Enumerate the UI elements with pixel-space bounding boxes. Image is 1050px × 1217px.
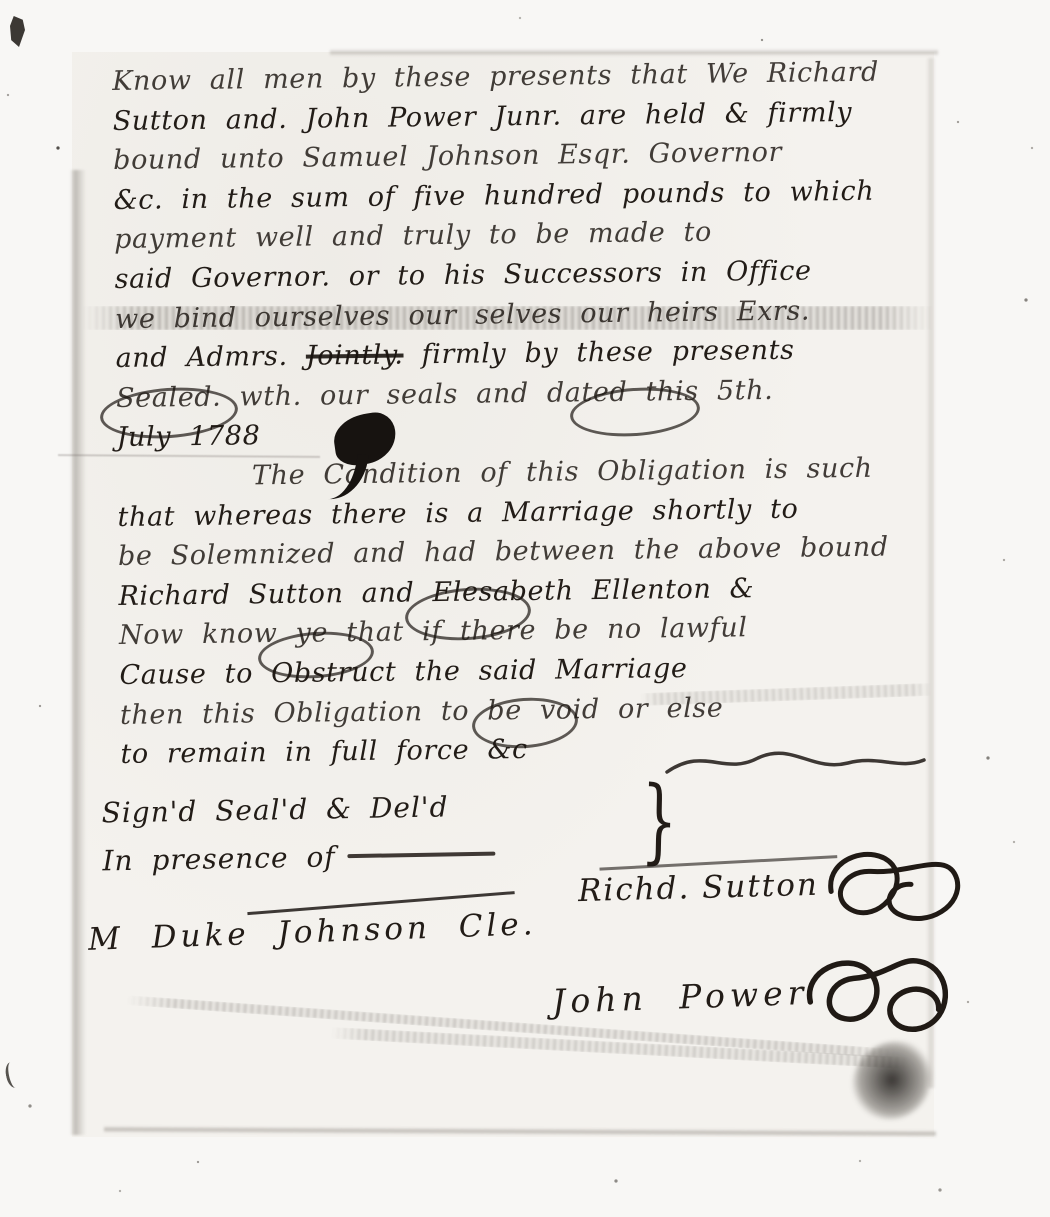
signed-sealed-line: Sign'd Seal'd & Del'd xyxy=(101,783,495,838)
signature-richard-sutton: Richd. Sutton xyxy=(577,833,967,939)
line-segment: and Admrs. xyxy=(115,341,306,374)
signature-name: John Power xyxy=(551,972,809,1020)
pen-flourish-icon xyxy=(662,740,930,782)
seal-flourish-icon xyxy=(800,833,967,933)
in-presence-text: In presence of xyxy=(102,840,336,877)
struck-word: Jointly. xyxy=(306,340,404,372)
signature-name: Richd. Sutton xyxy=(578,867,820,909)
pen-flourish xyxy=(348,852,496,859)
signature-john-power: John Power xyxy=(550,937,950,1051)
margin-pen-mark xyxy=(3,1061,22,1089)
attestation-block: Sign'd Seal'd & Del'd In presence of xyxy=(101,783,496,886)
corner-ink-mark xyxy=(10,16,25,47)
in-presence-line: In presence of xyxy=(102,831,496,886)
line-segment: firmly by these presents xyxy=(403,335,794,371)
document-scan: Know all men by these presents that We R… xyxy=(0,0,1050,1217)
seal-flourish-icon xyxy=(789,937,950,1042)
